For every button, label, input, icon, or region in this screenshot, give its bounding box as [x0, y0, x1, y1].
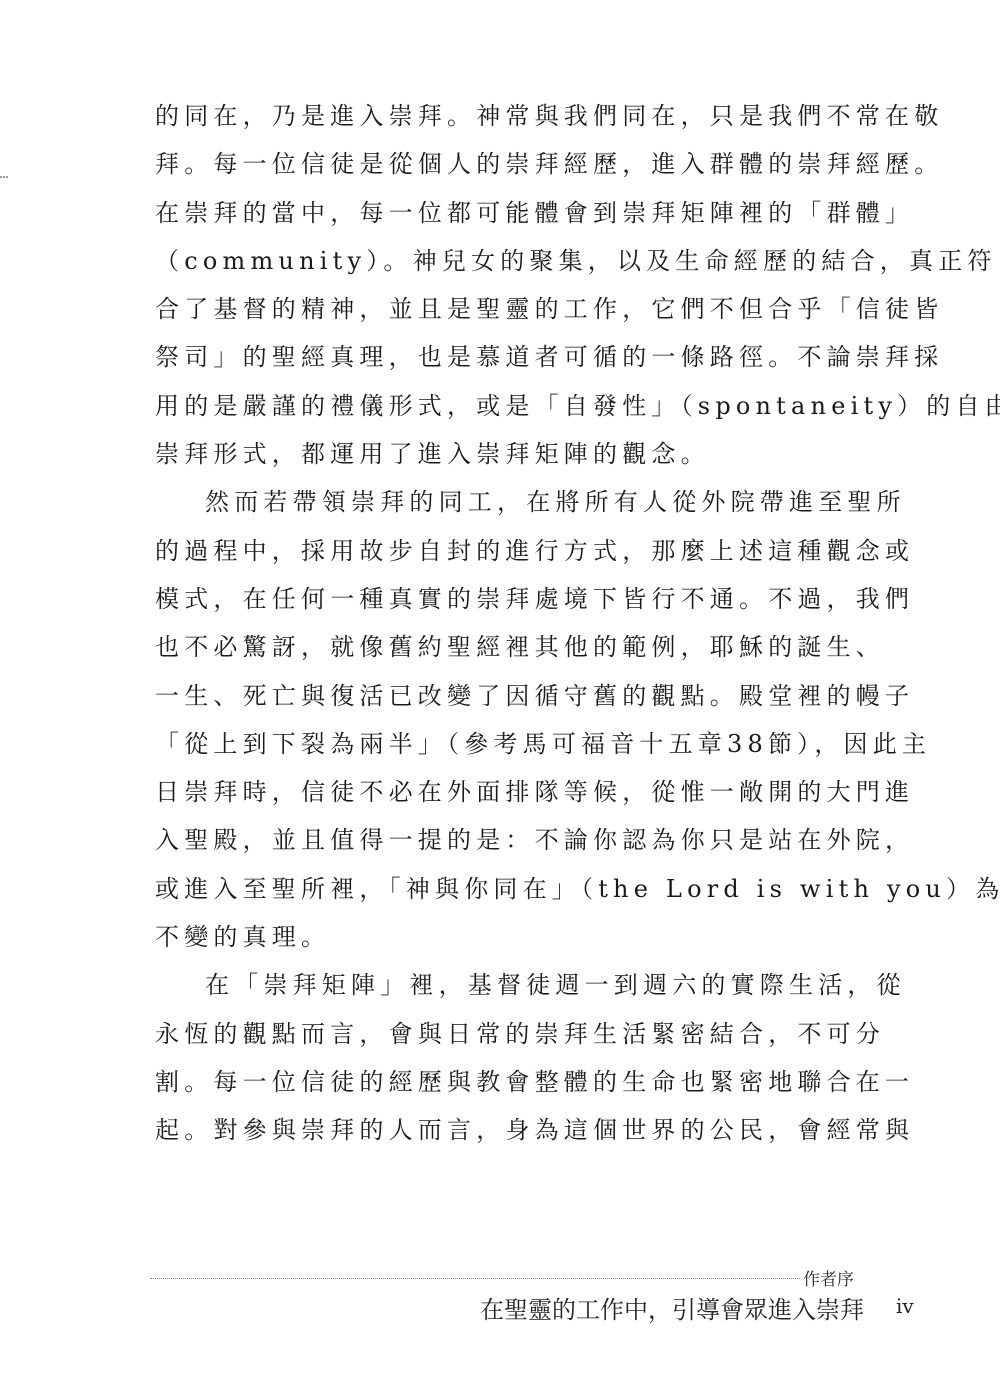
- text-line: 一生、死亡與復活已改變了因循守舊的觀點。殿堂裡的幔子: [155, 672, 861, 720]
- footer-divider: [150, 1278, 800, 1279]
- text-line: 祭司」的聖經真理，也是慕道者可循的一條路徑。不論崇拜採: [155, 333, 861, 381]
- text-line: 然而若帶領崇拜的同工，在將所有人從外院帶進至聖所: [155, 478, 861, 526]
- paragraph-2: 然而若帶領崇拜的同工，在將所有人從外院帶進至聖所 的過程中，採用故步自封的進行方…: [155, 478, 861, 961]
- page-body: 的同在，乃是進入崇拜。神常與我們同在，只是我們不常在敬 拜。每一位信徒是從個人的…: [155, 92, 861, 1155]
- text-line: 或進入至聖所裡，「神與你同在」（the Lord is with you）為: [155, 865, 861, 913]
- text-line: 模式，在任何一種真實的崇拜處境下皆行不通。不過，我們: [155, 575, 861, 623]
- footer-book-title: 在聖靈的工作中，引導會眾進入崇拜: [480, 1290, 864, 1325]
- footer-section-label: 作者序: [803, 1265, 854, 1290]
- text-line: 永恆的觀點而言，會與日常的崇拜生活緊密結合，不可分: [155, 1010, 861, 1058]
- text-line: 拜。每一位信徒是從個人的崇拜經歷，進入群體的崇拜經歷。: [155, 140, 861, 188]
- text-line: 的同在，乃是進入崇拜。神常與我們同在，只是我們不常在敬: [155, 92, 861, 140]
- text-line: 「從上到下裂為兩半」（參考馬可福音十五章38節），因此主: [155, 720, 861, 768]
- page-number: iv: [896, 1294, 914, 1318]
- text-line: 在崇拜的當中，每一位都可能體會到崇拜矩陣裡的「群體」: [155, 189, 861, 237]
- text-line: （community）。神兒女的聚集，以及生命經歷的結合，真正符: [155, 237, 861, 285]
- text-line: 割。每一位信徒的經歷與教會整體的生命也緊密地聯合在一: [155, 1058, 861, 1106]
- text-line: 起。對參與崇拜的人而言，身為這個世界的公民，會經常與: [155, 1106, 861, 1154]
- paragraph-3: 在「崇拜矩陣」裡，基督徒週一到週六的實際生活，從 永恆的觀點而言，會與日常的崇拜…: [155, 961, 861, 1154]
- text-line: 入聖殿，並且值得一提的是：不論你認為你只是站在外院，: [155, 816, 861, 864]
- text-line: 不變的真理。: [155, 913, 861, 961]
- text-line: 日崇拜時，信徒不必在外面排隊等候，從惟一敞開的大門進: [155, 768, 861, 816]
- paragraph-1: 的同在，乃是進入崇拜。神常與我們同在，只是我們不常在敬 拜。每一位信徒是從個人的…: [155, 92, 861, 478]
- text-line: 崇拜形式，都運用了進入崇拜矩陣的觀念。: [155, 430, 861, 478]
- text-line: 也不必驚訝，就像舊約聖經裡其他的範例，耶穌的誕生、: [155, 623, 861, 671]
- text-line: 在「崇拜矩陣」裡，基督徒週一到週六的實際生活，從: [155, 961, 861, 1009]
- text-line: 用的是嚴謹的禮儀形式，或是「自發性」（spontaneity）的自由: [155, 382, 861, 430]
- text-line: 的過程中，採用故步自封的進行方式，那麼上述這種觀念或: [155, 527, 861, 575]
- text-line: 合了基督的精神，並且是聖靈的工作，它們不但合乎「信徒皆: [155, 285, 861, 333]
- margin-crop-mark: [0, 176, 8, 180]
